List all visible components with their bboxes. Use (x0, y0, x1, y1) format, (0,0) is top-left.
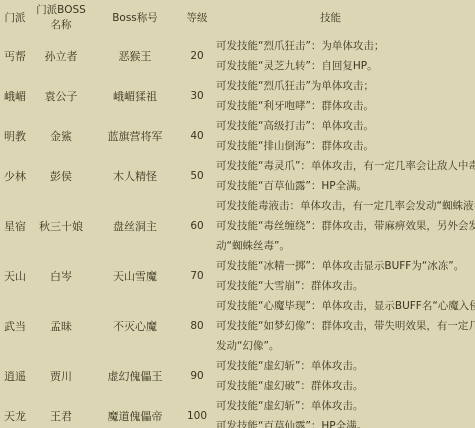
cell-level: 30 (178, 76, 216, 116)
cell-boss-name: 袁公子 (30, 76, 92, 116)
skill-line: 可发技能“虚幻破”：群体攻击。 (216, 376, 475, 396)
cell-level: 80 (178, 296, 216, 356)
skill-line: 可发技能“虚幻斩”：单体攻击。 (216, 396, 475, 416)
cell-skills: 可发技能“烈爪狂击”为单体攻击； 可发技能“利牙咆哮”：群体攻击。 (216, 76, 475, 116)
header-boss-name-line1: 门派BOSS (30, 3, 92, 18)
table-row: 逍遥 贾川 虚幻傀儡王 90 可发技能“虚幻斩”：单体攻击。 可发技能“虚幻破”… (0, 356, 475, 396)
cell-boss-name: 金鯊 (30, 116, 92, 156)
skill-line: 可发技能“灵芝九转”：自回复HP。 (216, 56, 475, 76)
cell-sect: 逍遥 (0, 356, 30, 396)
cell-level: 100 (178, 396, 216, 428)
cell-level: 20 (178, 36, 216, 76)
skill-line: 可发技能“百草仙露”：HP全满。 (216, 416, 475, 428)
cell-boss-title: 魔道傀儡帝 (92, 396, 178, 428)
skill-line: 可发技能“高级打击”：单体攻击。 (216, 116, 475, 136)
skill-line: 可发技能“大雪崩”：群体攻击。 (216, 276, 475, 296)
cell-boss-title: 峨嵋猱祖 (92, 76, 178, 116)
boss-table: 门派 门派BOSS 名称 Boss称号 等级 技能 丐帮 孙立者 恶猴王 20 … (0, 0, 475, 428)
cell-skills: 可发技能毒液击：单体攻击，有一定几率会发动“蜘蛛液毒”。 可发技能“毒丝缠绕”：… (216, 196, 475, 256)
skill-line: 可发技能“毒丝缠绕”：群体攻击，带麻痹效果，另外会发动“蜘蛛丝毒”。 (216, 216, 475, 256)
skill-line: 可发技能“百草仙露”：HP全满。 (216, 176, 475, 196)
cell-skills: 可发技能“烈爪狂击”：为单体攻击； 可发技能“灵芝九转”：自回复HP。 (216, 36, 475, 76)
skill-line: 可发技能“排山倒海”：群体攻击。 (216, 136, 475, 156)
header-boss-title: Boss称号 (92, 0, 178, 36)
table-row: 星宿 秋三十娘 盘丝洞主 60 可发技能毒液击：单体攻击，有一定几率会发动“蜘蛛… (0, 196, 475, 256)
cell-skills: 可发技能“高级打击”：单体攻击。 可发技能“排山倒海”：群体攻击。 (216, 116, 475, 156)
cell-boss-name: 秋三十娘 (30, 196, 92, 256)
cell-skills: 可发技能“虚幻斩”：单体攻击。 可发技能“百草仙露”：HP全满。 (216, 396, 475, 428)
table-row: 峨嵋 袁公子 峨嵋猱祖 30 可发技能“烈爪狂击”为单体攻击； 可发技能“利牙咆… (0, 76, 475, 116)
cell-boss-name: 孙立者 (30, 36, 92, 76)
cell-level: 60 (178, 196, 216, 256)
header-level: 等级 (178, 0, 216, 36)
table-row: 少林 彭侯 木人精怪 50 可发技能“毒灵爪”：单体攻击，有一定几率会让敌人中毒… (0, 156, 475, 196)
table-row: 武当 孟昧 不灭心魔 80 可发技能“心魔毕现”：单体攻击，显示BUFF名“心魔… (0, 296, 475, 356)
cell-level: 90 (178, 356, 216, 396)
cell-boss-title: 盘丝洞主 (92, 196, 178, 256)
skill-line: 可发技能“心魔毕现”：单体攻击，显示BUFF名“心魔入侵”。 (216, 296, 475, 316)
cell-sect: 武当 (0, 296, 30, 356)
header-skills: 技能 (216, 0, 475, 36)
cell-boss-title: 蓝旗营将军 (92, 116, 178, 156)
cell-skills: 可发技能“心魔毕现”：单体攻击，显示BUFF名“心魔入侵”。 可发技能“如梦幻像… (216, 296, 475, 356)
cell-boss-title: 虚幻傀儡王 (92, 356, 178, 396)
cell-boss-name: 孟昧 (30, 296, 92, 356)
skill-line: 可发技能“冰精一掷”：单体攻击显示BUFF为“冰冻”。 (216, 256, 475, 276)
skill-line: 可发技能“虚幻斩”：单体攻击。 (216, 356, 475, 376)
skill-line: 可发技能“利牙咆哮”：群体攻击。 (216, 96, 475, 116)
cell-boss-name: 彭侯 (30, 156, 92, 196)
table-row: 明教 金鯊 蓝旗营将军 40 可发技能“高级打击”：单体攻击。 可发技能“排山倒… (0, 116, 475, 156)
skill-line: 可发技能“烈爪狂击”：为单体攻击； (216, 36, 475, 56)
cell-skills: 可发技能“虚幻斩”：单体攻击。 可发技能“虚幻破”：群体攻击。 (216, 356, 475, 396)
header-boss-name-line2: 名称 (30, 18, 92, 33)
cell-sect: 明教 (0, 116, 30, 156)
cell-level: 70 (178, 256, 216, 296)
cell-sect: 星宿 (0, 196, 30, 256)
cell-boss-title: 恶猴王 (92, 36, 178, 76)
cell-sect: 丐帮 (0, 36, 30, 76)
table-row: 天山 白岑 天山雪魔 70 可发技能“冰精一掷”：单体攻击显示BUFF为“冰冻”… (0, 256, 475, 296)
cell-skills: 可发技能“冰精一掷”：单体攻击显示BUFF为“冰冻”。 可发技能“大雪崩”：群体… (216, 256, 475, 296)
skill-line: 可发技能毒液击：单体攻击，有一定几率会发动“蜘蛛液毒”。 (216, 196, 475, 216)
cell-boss-name: 白岑 (30, 256, 92, 296)
cell-sect: 少林 (0, 156, 30, 196)
table-header-row: 门派 门派BOSS 名称 Boss称号 等级 技能 (0, 0, 475, 36)
table-row: 天龙 王君 魔道傀儡帝 100 可发技能“虚幻斩”：单体攻击。 可发技能“百草仙… (0, 396, 475, 428)
skill-line: 可发技能“毒灵爪”：单体攻击，有一定几率会让敌人中毒。 (216, 156, 475, 176)
header-boss-name: 门派BOSS 名称 (30, 0, 92, 36)
cell-level: 50 (178, 156, 216, 196)
cell-sect: 天山 (0, 256, 30, 296)
skill-line: 可发技能“烈爪狂击”为单体攻击； (216, 76, 475, 96)
skill-line: 可发技能“如梦幻像”：群体攻击，带失明效果，有一定几率发动“幻像”。 (216, 316, 475, 356)
cell-skills: 可发技能“毒灵爪”：单体攻击，有一定几率会让敌人中毒。 可发技能“百草仙露”：H… (216, 156, 475, 196)
cell-sect: 峨嵋 (0, 76, 30, 116)
cell-sect: 天龙 (0, 396, 30, 428)
cell-boss-title: 不灭心魔 (92, 296, 178, 356)
cell-boss-title: 天山雪魔 (92, 256, 178, 296)
cell-boss-name: 贾川 (30, 356, 92, 396)
cell-level: 40 (178, 116, 216, 156)
header-sect: 门派 (0, 0, 30, 36)
cell-boss-name: 王君 (30, 396, 92, 428)
cell-boss-title: 木人精怪 (92, 156, 178, 196)
table-row: 丐帮 孙立者 恶猴王 20 可发技能“烈爪狂击”：为单体攻击； 可发技能“灵芝九… (0, 36, 475, 76)
